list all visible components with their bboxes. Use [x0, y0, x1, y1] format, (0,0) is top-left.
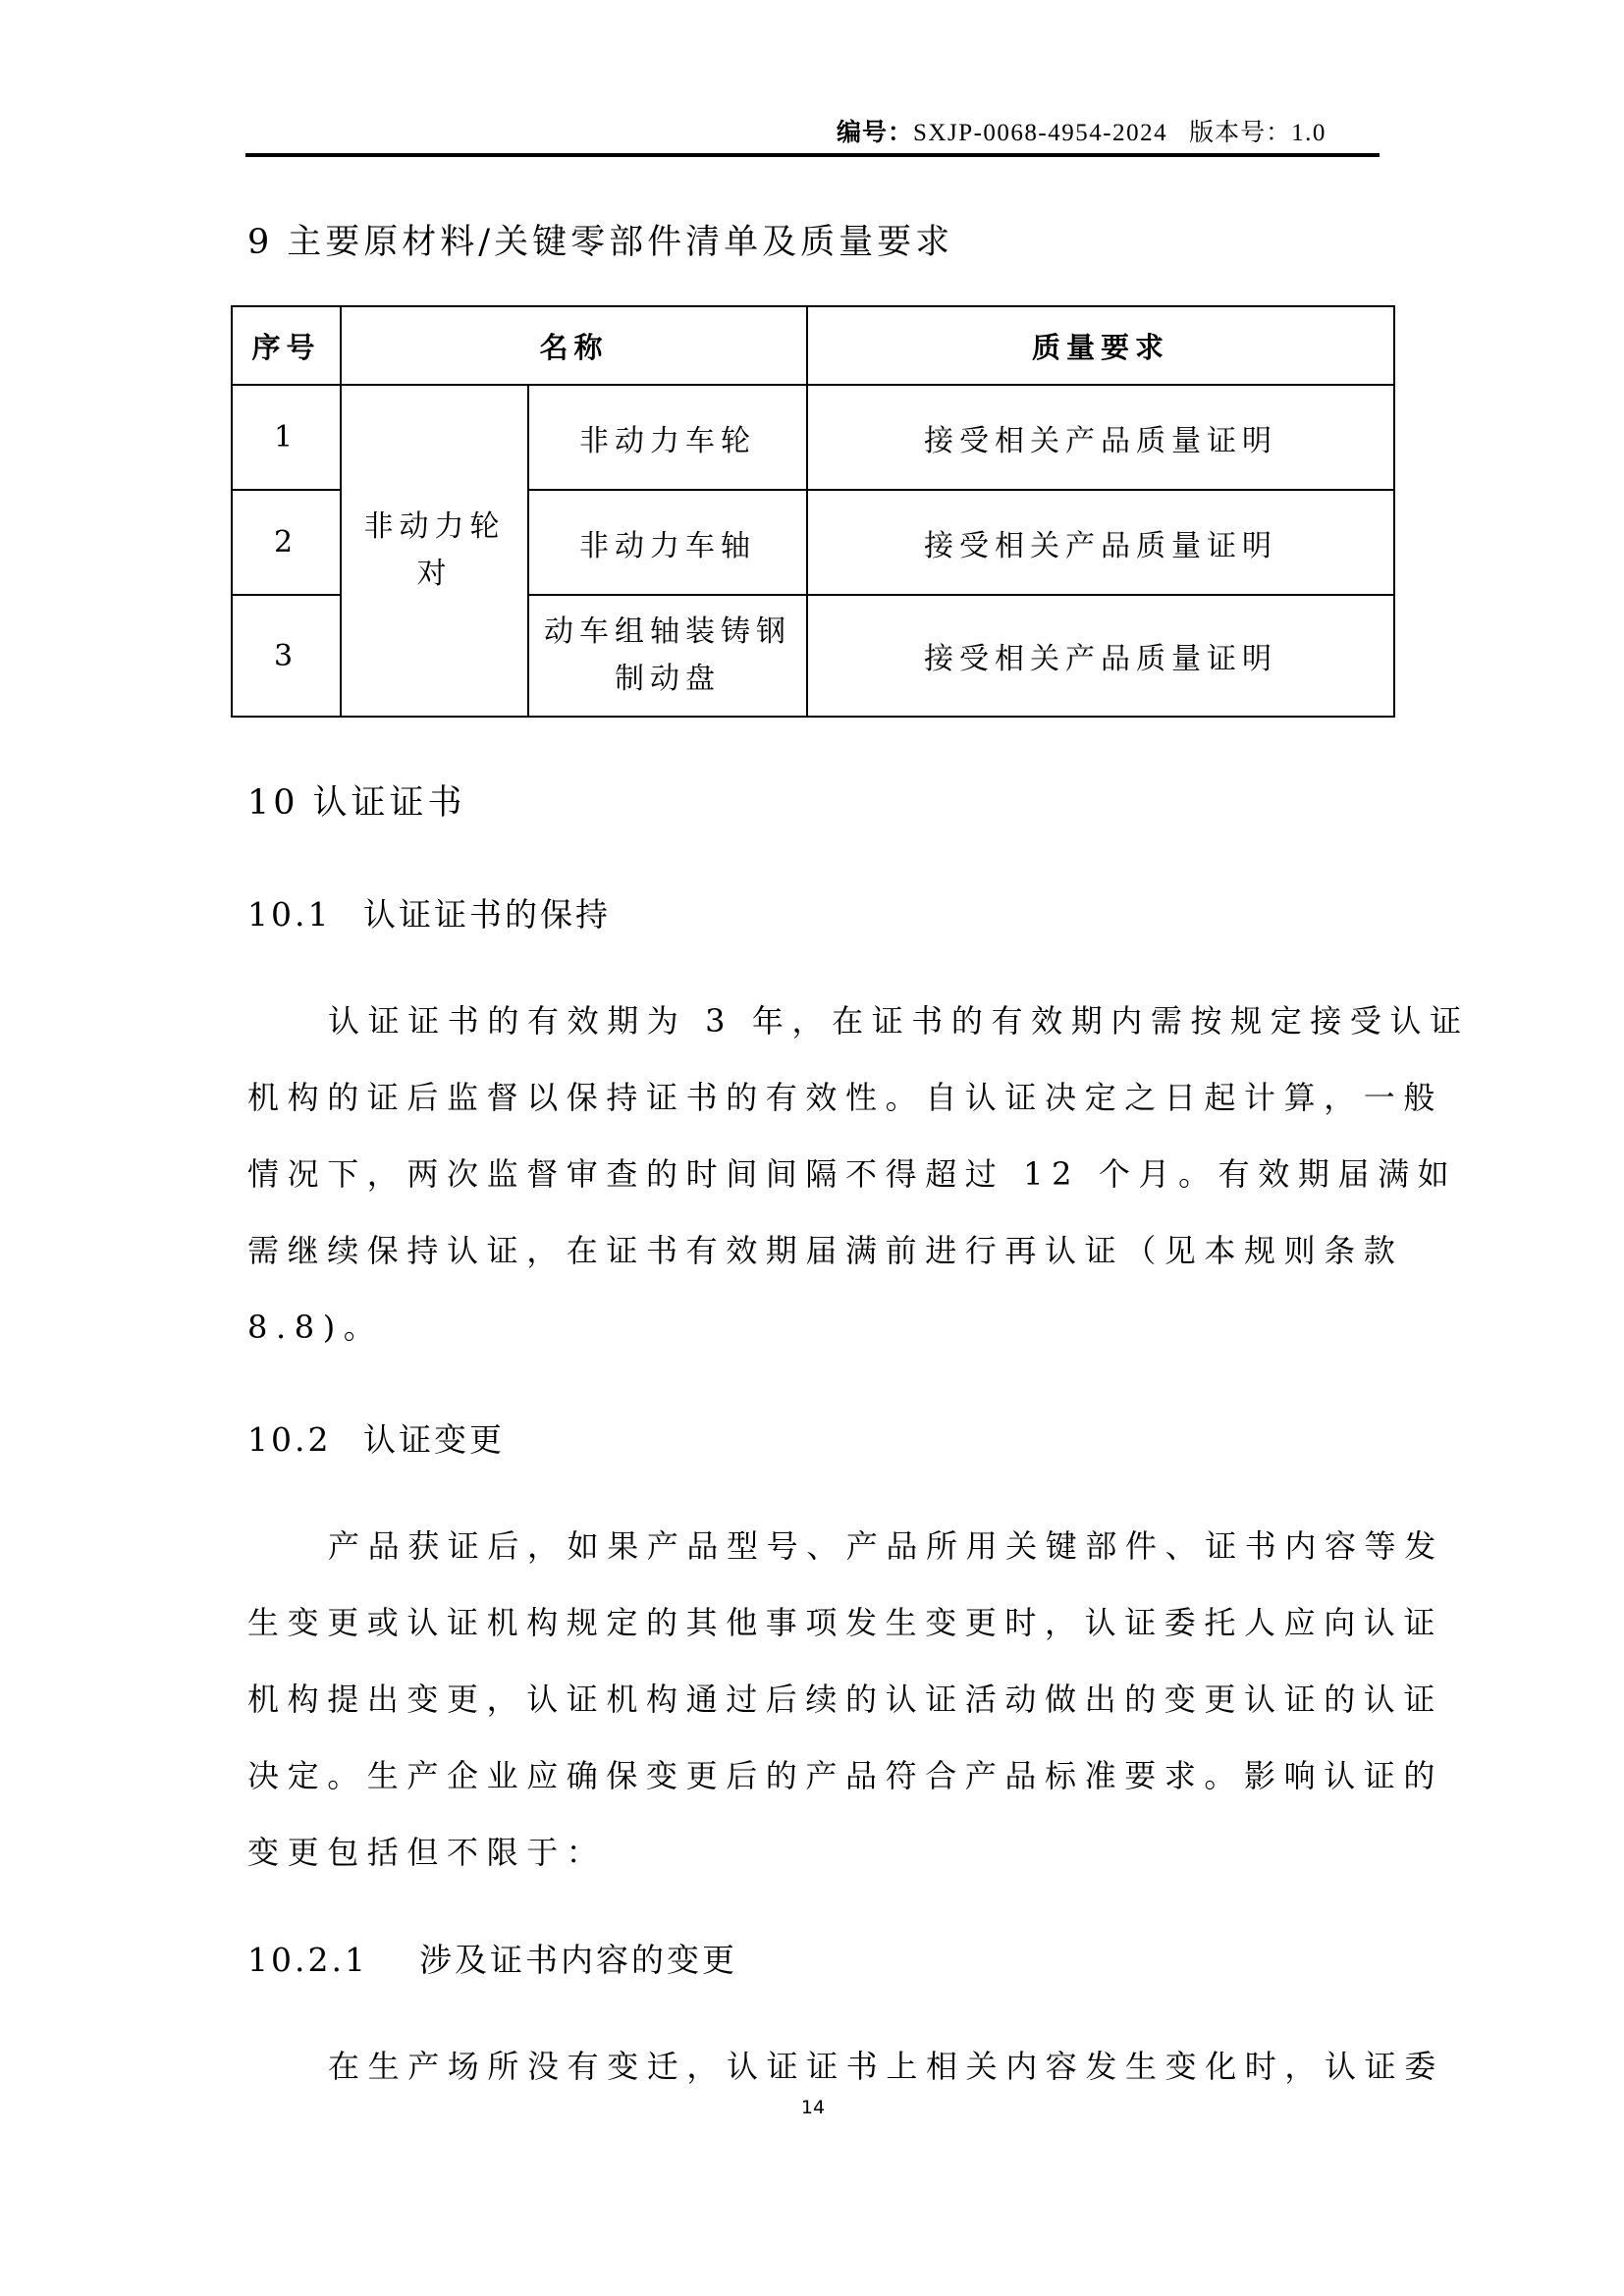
- section-10-2-paragraph: 产品获证后，如果产品型号、产品所用关键部件、证书内容等发 生变更或认证机构规定的…: [247, 1508, 1386, 1891]
- document-code-label: 编号：: [837, 118, 913, 146]
- paragraph-line: 变更包括但不限于：: [247, 1814, 1386, 1891]
- paragraph-line: 认证证书的有效期为 3 年，在证书的有效期内需按规定接受认证: [247, 983, 1386, 1059]
- parts-table: 序号 名称 质量要求 1 非动力轮 对 非动力车轮 接受相关产品质量证明 2 非…: [231, 305, 1395, 718]
- section-10-1-paragraph: 认证证书的有效期为 3 年，在证书的有效期内需按规定接受认证 机构的证后监督以保…: [247, 983, 1386, 1365]
- column-header-no: 序号: [232, 306, 341, 385]
- section-number: 9: [247, 223, 273, 262]
- group-name-cell: 非动力轮 对: [341, 385, 528, 717]
- paragraph-line: 需继续保持认证，在证书有效期届满前进行再认证（见本规则条款: [247, 1212, 1386, 1289]
- document-page: 编号：SXJP-0068-4954-2024版本号：1.0 9主要原材料/关键零…: [0, 0, 1624, 2296]
- section-9-heading: 9主要原材料/关键零部件清单及质量要求: [247, 221, 953, 264]
- section-number: 10: [247, 783, 299, 823]
- paragraph-line: 情况下，两次监督审查的时间间隔不得超过 12 个月。有效期届满如: [247, 1136, 1386, 1212]
- paragraph-line: 在生产场所没有变迁，认证证书上相关内容发生变化时，认证委: [247, 2028, 1386, 2105]
- section-10-2-1-paragraph: 在生产场所没有变迁，认证证书上相关内容发生变化时，认证委: [247, 2028, 1386, 2105]
- column-header-requirement: 质量要求: [807, 306, 1394, 385]
- column-header-name: 名称: [341, 306, 807, 385]
- group-name-line: 非动力轮: [342, 504, 527, 551]
- table-header-row: 序号 名称 质量要求: [232, 306, 1394, 385]
- quality-requirement: 接受相关产品质量证明: [807, 595, 1394, 717]
- table-row: 1 非动力轮 对 非动力车轮 接受相关产品质量证明: [232, 385, 1394, 490]
- section-title: 认证证书: [313, 783, 466, 823]
- section-10-1-heading: 10.1认证证书的保持: [247, 893, 611, 936]
- part-name-line: 动车组轴装铸钢: [529, 609, 806, 656]
- quality-requirement: 接受相关产品质量证明: [807, 490, 1394, 595]
- part-name-line: 制动盘: [529, 656, 806, 703]
- page-number: 14: [785, 2095, 840, 2120]
- section-title: 主要原材料/关键零部件清单及质量要求: [287, 223, 953, 262]
- paragraph-line: 机构的证后监督以保持证书的有效性。自认证决定之日起计算，一般: [247, 1059, 1386, 1136]
- version-label: 版本号：: [1189, 118, 1291, 146]
- part-name: 非动力车轮: [528, 385, 807, 490]
- section-title: 认证证书的保持: [363, 895, 611, 934]
- paragraph-line: 产品获证后，如果产品型号、产品所用关键部件、证书内容等发: [247, 1508, 1386, 1584]
- section-number: 10.2: [247, 1418, 363, 1462]
- document-header: 编号：SXJP-0068-4954-2024版本号：1.0: [837, 116, 1386, 149]
- section-number: 10.2.1: [247, 1939, 419, 1982]
- section-title: 涉及证书内容的变更: [419, 1941, 737, 1979]
- row-number: 2: [232, 490, 341, 595]
- section-10-2-heading: 10.2认证变更: [247, 1418, 505, 1462]
- document-code-value: SXJP-0068-4954-2024: [913, 120, 1167, 146]
- row-number: 1: [232, 385, 341, 490]
- section-10-heading: 10认证证书: [247, 781, 466, 825]
- row-number: 3: [232, 595, 341, 717]
- paragraph-line: 机构提出变更，认证机构通过后续的认证活动做出的变更认证的认证: [247, 1661, 1386, 1737]
- quality-requirement: 接受相关产品质量证明: [807, 385, 1394, 490]
- section-number: 10.1: [247, 893, 363, 936]
- group-name-line: 对: [342, 551, 527, 598]
- part-name: 非动力车轴: [528, 490, 807, 595]
- section-10-2-1-heading: 10.2.1涉及证书内容的变更: [247, 1939, 737, 1982]
- paragraph-line: 生变更或认证机构规定的其他事项发生变更时，认证委托人应向认证: [247, 1584, 1386, 1661]
- part-name-cell: 动车组轴装铸钢 制动盘: [528, 595, 807, 717]
- paragraph-line: 8.8)。: [247, 1289, 1386, 1365]
- header-rule: [245, 153, 1380, 157]
- paragraph-line: 决定。生产企业应确保变更后的产品符合产品标准要求。影响认证的: [247, 1737, 1386, 1814]
- section-title: 认证变更: [363, 1420, 505, 1459]
- version-value: 1.0: [1291, 120, 1326, 146]
